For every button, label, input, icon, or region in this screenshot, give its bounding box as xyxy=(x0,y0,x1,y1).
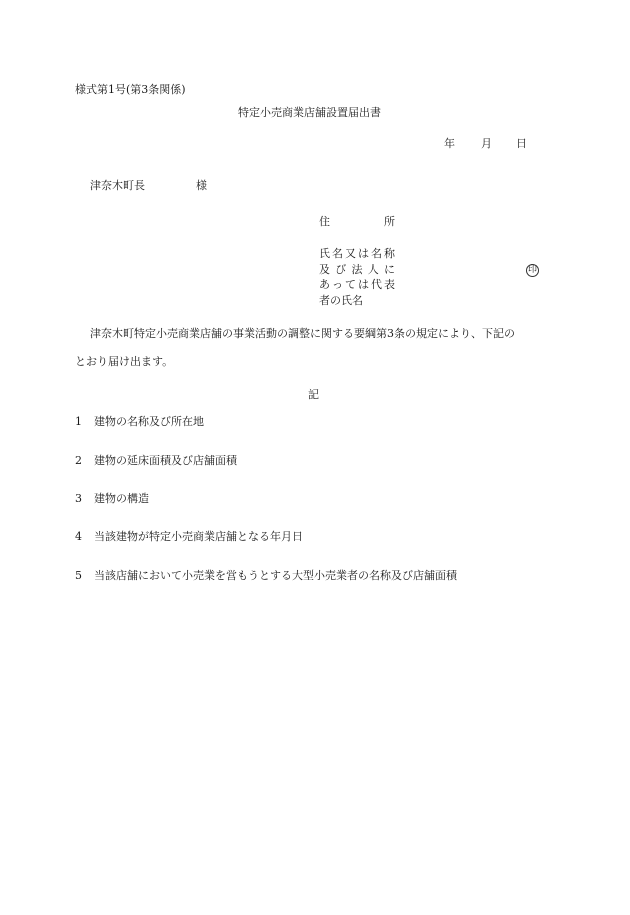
item-number: 5 xyxy=(75,570,94,581)
name-label-char: 人 xyxy=(368,262,379,278)
form-number: 様式第1号(第3条関係) xyxy=(75,84,186,95)
list-item: 3建物の構造 xyxy=(75,493,149,504)
name-label-char: 及 xyxy=(319,262,330,278)
item-number: 2 xyxy=(75,455,94,466)
name-label-row: あ っ て は 代 表 xyxy=(319,277,395,293)
name-label-row: 者 の 氏 名 xyxy=(319,293,395,309)
body-text-line-2: とおり届け出ます。 xyxy=(75,356,173,367)
applicant-address-label: 住 所 xyxy=(319,216,395,227)
date-day-label: 日 xyxy=(516,138,527,149)
item-text: 建物の構造 xyxy=(94,492,149,505)
addressee-honorific: 様 xyxy=(196,180,207,191)
name-label-row: 氏 名 又 は 名 称 xyxy=(319,246,395,262)
list-item: 1建物の名称及び所在地 xyxy=(75,416,204,427)
name-label-char: 者 xyxy=(319,293,330,309)
list-item: 4当該建物が特定小売商業店舗となる年月日 xyxy=(75,531,303,542)
name-label-char: は xyxy=(358,277,369,293)
name-label-char: の xyxy=(330,293,341,309)
body-text-line-1: 津奈木町特定小売商業店舗の事業活動の調整に関する要綱第3条の規定により、下記の xyxy=(90,328,515,339)
item-number: 4 xyxy=(75,531,94,542)
name-label-char: 氏 xyxy=(341,293,352,309)
name-label-row: 及 び 法 人 に xyxy=(319,262,395,278)
name-label-char: あ xyxy=(319,277,330,293)
date-month-label: 月 xyxy=(481,138,492,149)
name-label-char: 代 xyxy=(371,277,382,293)
name-label-char: に xyxy=(384,262,395,278)
name-label-char: は xyxy=(358,246,369,262)
name-label-char: 又 xyxy=(345,246,356,262)
ki-heading: 記 xyxy=(308,389,319,400)
applicant-name-label: 氏 名 又 は 名 称 及 び 法 人 に あ っ て は 代 表 者 の 氏 … xyxy=(319,246,395,308)
item-text: 建物の延床面積及び店舗面積 xyxy=(94,454,237,467)
item-number: 3 xyxy=(75,493,94,504)
name-label-char: 称 xyxy=(384,246,395,262)
name-label-char: 名 xyxy=(332,246,343,262)
name-label-char: て xyxy=(345,277,356,293)
addressee-name: 津奈木町長 xyxy=(90,180,145,191)
address-label-char: 所 xyxy=(384,216,395,227)
name-label-char: 表 xyxy=(384,277,395,293)
name-label-char: 名 xyxy=(352,293,363,309)
name-label-char: び xyxy=(335,262,346,278)
item-text: 建物の名称及び所在地 xyxy=(94,415,204,428)
list-item: 5当該店舗において小売業を営もうとする大型小売業者の名称及び店舗面積 xyxy=(75,570,457,581)
name-label-char: 名 xyxy=(371,246,382,262)
item-number: 1 xyxy=(75,416,94,427)
address-label-char: 住 xyxy=(319,216,330,227)
name-label-char: 法 xyxy=(352,262,363,278)
date-year-label: 年 xyxy=(444,138,455,149)
item-text: 当該建物が特定小売商業店舗となる年月日 xyxy=(94,530,303,543)
name-label-char: っ xyxy=(332,277,343,293)
document-title: 特定小売商業店舗設置届出書 xyxy=(238,107,381,118)
list-item: 2建物の延床面積及び店舗面積 xyxy=(75,455,237,466)
seal-icon: 印 xyxy=(526,264,539,277)
name-label-char: 氏 xyxy=(319,246,330,262)
item-text: 当該店舗において小売業を営もうとする大型小売業者の名称及び店舗面積 xyxy=(94,569,457,582)
